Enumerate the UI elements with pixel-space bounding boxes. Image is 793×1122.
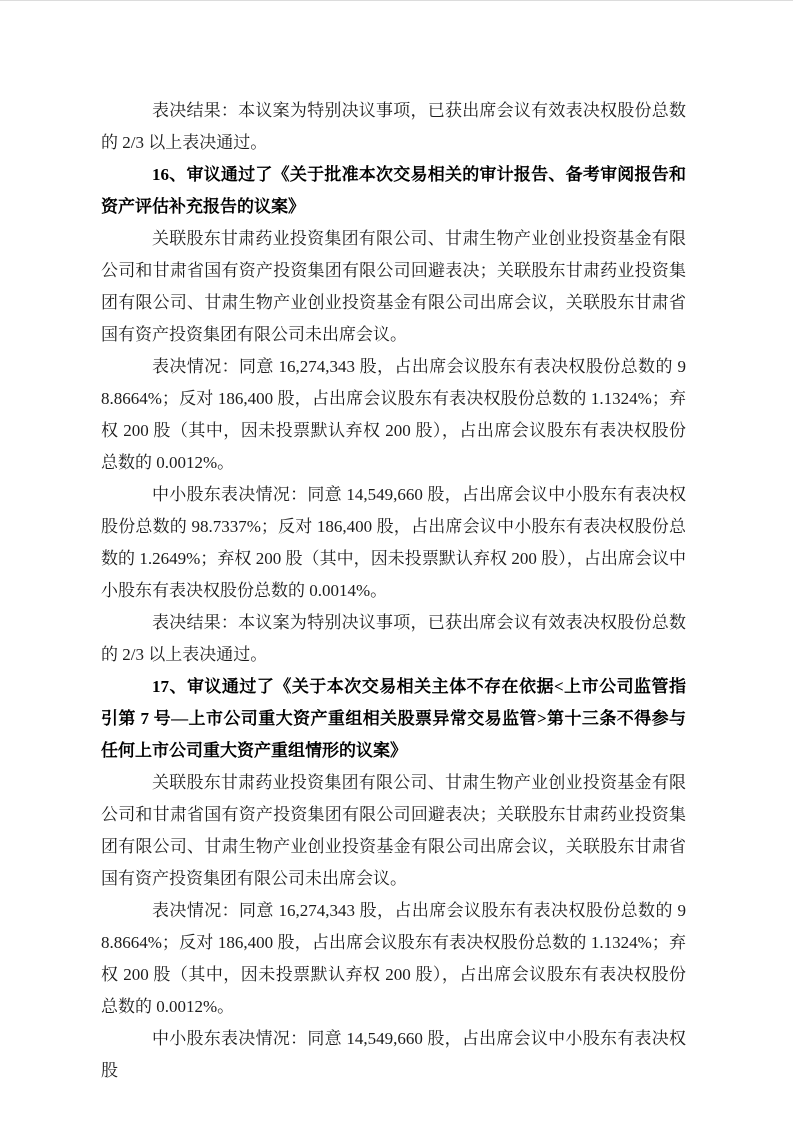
proposal-17-heading: 17、审议通过了《关于本次交易相关主体不存在依据<上市公司监管指引第 7 号—上… xyxy=(101,671,686,767)
proposal-16-heading: 16、审议通过了《关于批准本次交易相关的审计报告、备考审阅报告和资产评估补充报告… xyxy=(101,159,686,223)
minority-vote-detail-paragraph-truncated: 中小股东表决情况：同意 14,549,660 股，占出席会议中小股东有表决权股 xyxy=(101,1023,686,1087)
vote-detail-paragraph: 表决情况：同意 16,274,343 股，占出席会议股东有表决权股份总数的 98… xyxy=(101,351,686,479)
recusal-statement-paragraph: 关联股东甘肃药业投资集团有限公司、甘肃生物产业创业投资基金有限公司和甘肃省国有资… xyxy=(101,223,686,351)
vote-result-paragraph: 表决结果：本议案为特别决议事项，已获出席会议有效表决权股份总数的 2/3 以上表… xyxy=(101,607,686,671)
vote-detail-paragraph: 表决情况：同意 16,274,343 股，占出席会议股东有表决权股份总数的 98… xyxy=(101,895,686,1023)
document-text-block: 表决结果：本议案为特别决议事项，已获出席会议有效表决权股份总数的 2/3 以上表… xyxy=(101,95,686,1087)
minority-vote-detail-paragraph: 中小股东表决情况：同意 14,549,660 股，占出席会议中小股东有表决权股份… xyxy=(101,479,686,607)
recusal-statement-paragraph: 关联股东甘肃药业投资集团有限公司、甘肃生物产业创业投资基金有限公司和甘肃省国有资… xyxy=(101,767,686,895)
vote-result-paragraph: 表决结果：本议案为特别决议事项，已获出席会议有效表决权股份总数的 2/3 以上表… xyxy=(101,95,686,159)
document-page: 表决结果：本议案为特别决议事项，已获出席会议有效表决权股份总数的 2/3 以上表… xyxy=(0,0,793,1122)
